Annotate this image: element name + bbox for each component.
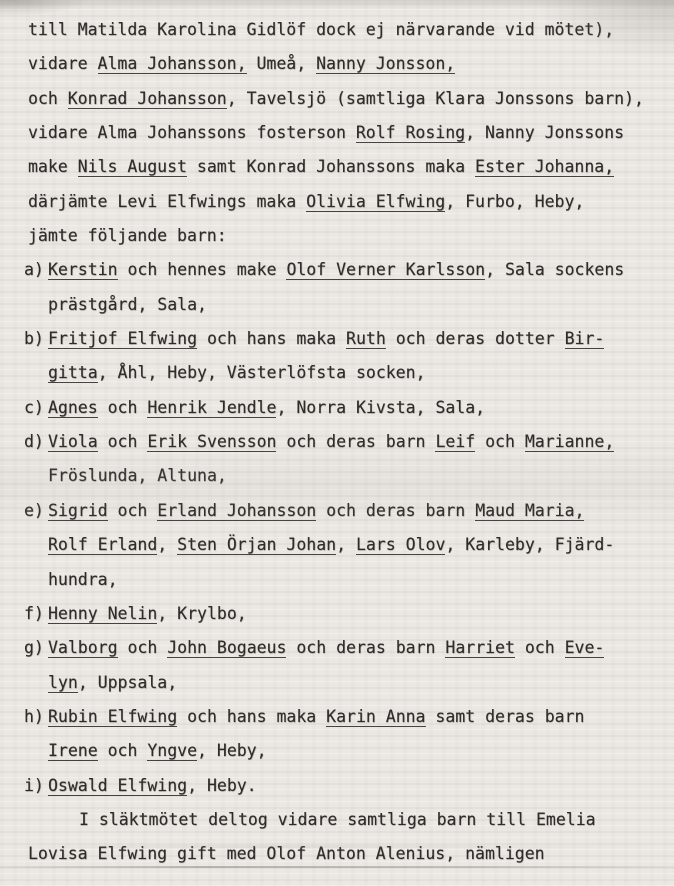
text-segment: Lovisa Elfwing gift med Olof Anton Aleni… [28,844,545,863]
text-segment: , Nanny Jonssons [465,123,624,142]
list-marker: b) [24,322,44,356]
text-line: i)Oswald Elfwing, Heby. [0,769,674,803]
text-segment: , Norra Kivsta, Sala, [276,398,485,417]
text-line: e)Sigrid och Erland Johansson och deras … [0,494,674,528]
text-segment: , Sala sockens [485,260,624,279]
text-line: f)Henny Nelin, Krylbo, [0,597,674,631]
underlined-name: gitta [48,363,98,383]
text-segment: och hennes make [118,260,287,279]
text-line: hundra, [0,563,674,597]
text-line: d)Viola och Erik Svensson och deras barn… [0,425,674,459]
underlined-name: Agnes [48,398,98,418]
text-segment: hundra, [48,570,118,589]
text-segment: , Uppsala, [78,673,177,692]
underlined-name: Irene [48,741,98,761]
text-segment: därjämte Levi Elfwings maka [28,192,306,211]
text-line: Irene och Yngve, Heby, [0,734,674,768]
text-segment: Fröslunda, Altuna, [48,466,227,485]
text-segment: , Furbo, Heby, [445,192,584,211]
underlined-name: Sigrid [48,501,108,521]
text-segment: och hans maka [197,329,346,348]
text-line: gitta, Åhl, Heby, Västerlöfsta socken, [0,356,674,390]
underlined-name: Eve- [565,638,605,658]
text-segment: samt Konrad Johanssons maka [187,157,475,176]
list-marker: i) [24,769,44,803]
underlined-name: Maud Maria, [475,501,584,521]
text-segment: och deras barn [286,638,445,657]
underlined-name: Kerstin [48,260,118,280]
text-segment: och [98,741,148,760]
underlined-name: Alma Johansson, [98,54,247,74]
text-segment: , Åhl, Heby, Västerlöfsta socken, [98,363,426,382]
text-segment: jämte följande barn: [28,226,227,245]
underlined-name: Konrad Johansson [68,89,227,109]
text-line: Lovisa Elfwing gift med Olof Anton Aleni… [0,837,674,871]
text-segment: make [28,157,78,176]
underlined-name: John Bogaeus [167,638,286,658]
text-line: I släktmötet deltog vidare samtliga barn… [0,803,674,837]
underlined-name: Sten Örjan Johan [177,535,336,555]
text-segment: Umeå, [247,54,317,73]
underlined-name: Viola [48,432,98,452]
text-segment: och [108,501,158,520]
text-segment: vidare [28,54,98,73]
text-segment: och [515,638,565,657]
underlined-name: Olof Verner Karlsson [286,260,485,280]
underlined-name: Leif [435,432,475,452]
text-line: till Matilda Karolina Gidlöf dock ej när… [0,13,674,47]
list-marker: c) [24,391,44,425]
text-line: och Konrad Johansson, Tavelsjö (samtliga… [0,82,674,116]
underlined-name: Nils August [78,157,187,177]
underlined-name: Olivia Elfwing [306,192,445,212]
list-marker: h) [24,700,44,734]
underlined-name: Yngve [147,741,197,761]
text-segment: och deras barn [276,432,435,451]
text-segment: , Heby, [197,741,267,760]
underlined-name: Henny Nelin [48,604,157,624]
text-segment: I släktmötet deltog vidare samtliga barn… [79,810,596,829]
underlined-name: Marianne, [525,432,614,452]
text-line: prästgård, Sala, [0,288,674,322]
underlined-name: Rolf Erland [48,535,157,555]
scanned-document-page: till Matilda Karolina Gidlöf dock ej när… [0,0,674,886]
list-marker: a) [24,253,44,287]
text-segment: , Karleby, Fjärd- [445,535,614,554]
underlined-name: Fritjof Elfwing [48,329,197,349]
text-segment: prästgård, Sala, [48,295,207,314]
text-segment: och deras barn [316,501,475,520]
text-line: vidare Alma Johanssons fosterson Rolf Ro… [0,116,674,150]
underlined-name: Valborg [48,638,118,658]
underlined-name: Bir- [565,329,605,349]
underlined-name: Harriet [445,638,515,658]
text-segment: till Matilda Karolina Gidlöf dock ej när… [28,20,614,39]
text-line: b)Fritjof Elfwing och hans maka Ruth och… [0,322,674,356]
underlined-name: Erland Johansson [157,501,316,521]
text-segment: och deras dotter [386,329,565,348]
list-marker: f) [24,597,44,631]
text-segment: och [475,432,525,451]
text-segment: , Krylbo, [157,604,246,623]
underlined-name: Oswald Elfwing [48,776,187,796]
text-line: därjämte Levi Elfwings maka Olivia Elfwi… [0,185,674,219]
underlined-name: lyn [48,673,78,693]
text-segment: samt deras barn [426,707,585,726]
text-line: Rolf Erland, Sten Örjan Johan, Lars Olov… [0,528,674,562]
document-lines: till Matilda Karolina Gidlöf dock ej när… [0,0,674,872]
underlined-name: Ester Johanna, [475,157,614,177]
text-segment: och [28,89,68,108]
text-segment: vidare Alma Johanssons fosterson [28,123,356,142]
text-segment: och hans maka [177,707,326,726]
underlined-name: Ruth [346,329,386,349]
text-segment: , [157,535,177,554]
underlined-name: Rubin Elfwing [48,707,177,727]
underlined-name: Lars Olov [356,535,445,555]
text-line: h)Rubin Elfwing och hans maka Karin Anna… [0,700,674,734]
text-line: vidare Alma Johansson, Umeå, Nanny Jonss… [0,47,674,81]
text-segment: , [336,535,356,554]
text-line: Fröslunda, Altuna, [0,459,674,493]
underlined-name: Rolf Rosing [356,123,465,143]
text-segment: , Tavelsjö (samtliga Klara Jonssons barn… [227,89,644,108]
text-segment: , Heby. [187,776,257,795]
list-marker: g) [24,631,44,665]
underlined-name: Erik Svensson [147,432,276,452]
text-line: c)Agnes och Henrik Jendle, Norra Kivsta,… [0,391,674,425]
underlined-name: Karin Anna [326,707,425,727]
text-line: jämte följande barn: [0,219,674,253]
underlined-name: Henrik Jendle [147,398,276,418]
list-marker: d) [24,425,44,459]
underlined-name: Nanny Jonsson, [316,54,455,74]
text-line: make Nils August samt Konrad Johanssons … [0,150,674,184]
text-segment: och [98,398,148,417]
text-line: a)Kerstin och hennes make Olof Verner Ka… [0,253,674,287]
text-line: g)Valborg och John Bogaeus och deras bar… [0,631,674,665]
text-segment: och [118,638,168,657]
text-line: lyn, Uppsala, [0,666,674,700]
text-segment: och [98,432,148,451]
list-marker: e) [24,494,44,528]
